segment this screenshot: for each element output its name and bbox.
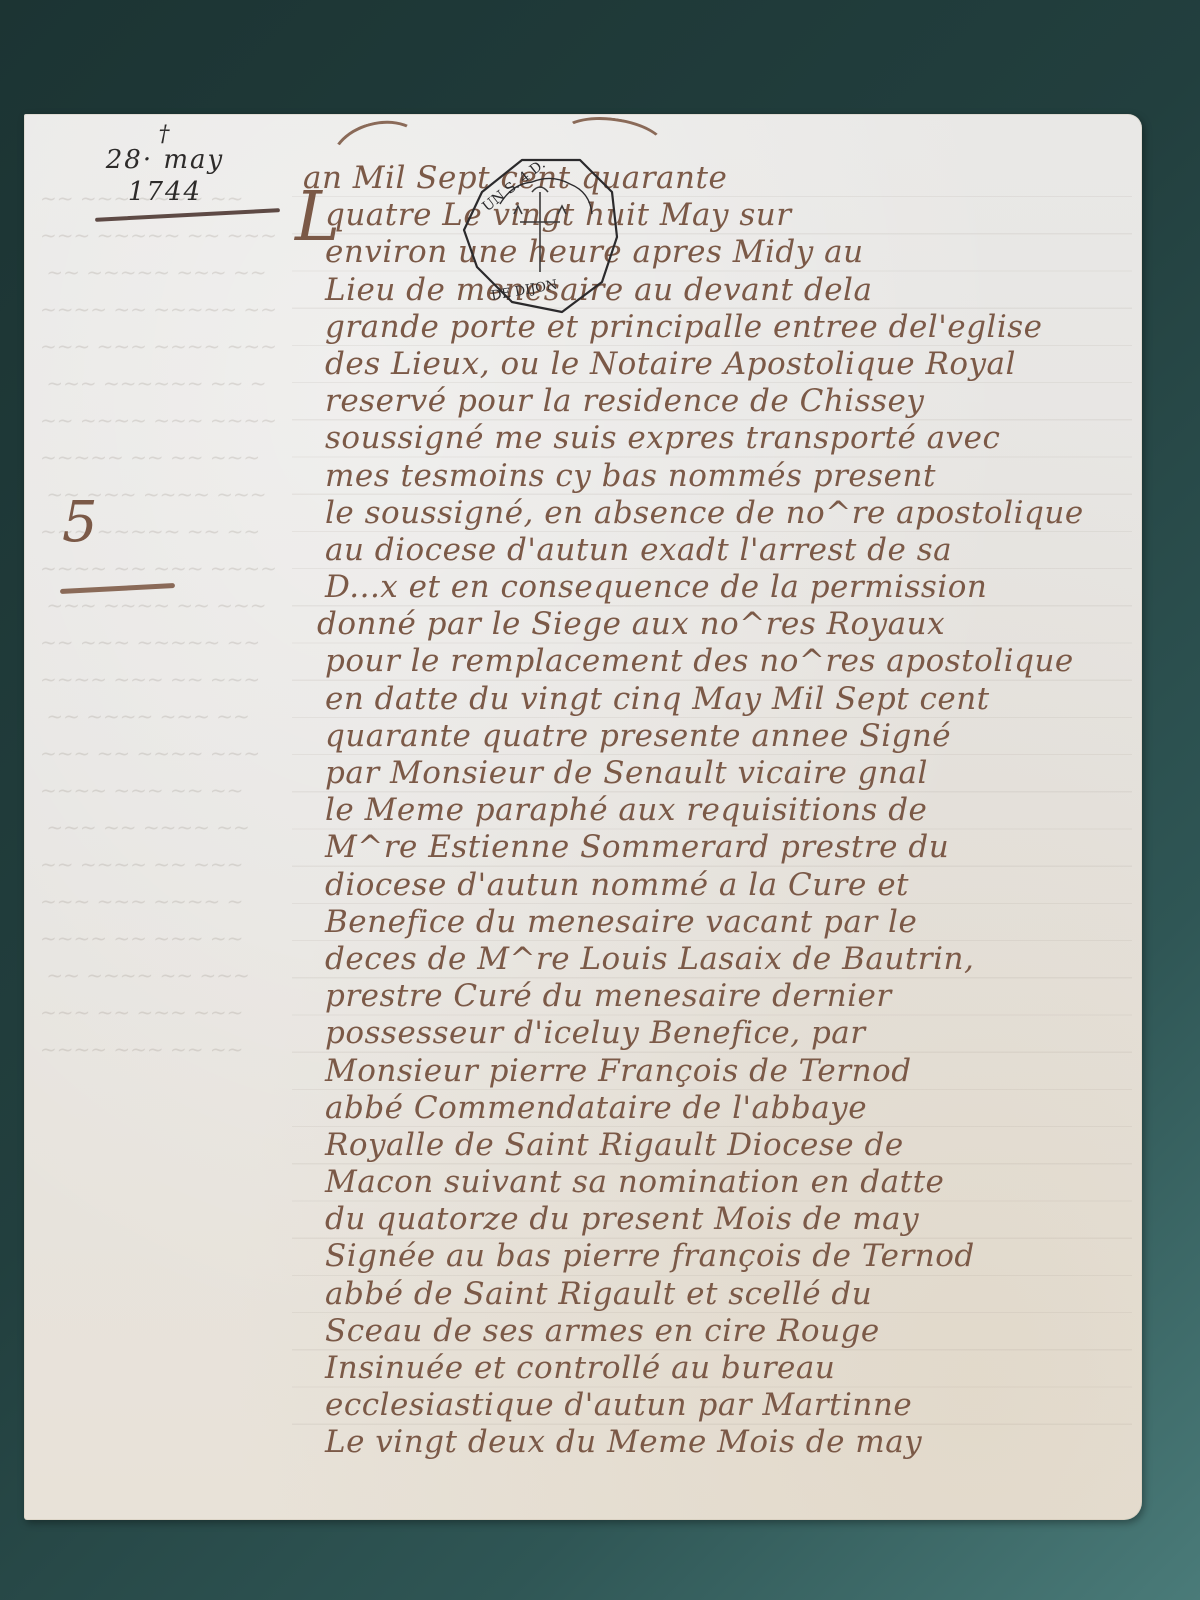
- text-line: Macon suivant sa nomination en datte: [325, 1164, 1135, 1201]
- stamp-text-bottom: DE DIJON: [490, 278, 558, 304]
- text-line: du quatorze du present Mois de may: [325, 1201, 1135, 1238]
- text-line: Monsieur pierre François de Ternod: [325, 1053, 1135, 1090]
- text-line: Insinuée et controllé au bureau: [325, 1350, 1135, 1387]
- text-line: quarante quatre presente annee Signé: [325, 718, 1135, 755]
- official-stamp-icon: UN S. 4 D. DE DIJON: [452, 152, 632, 322]
- text-line: M^re Estienne Sommerard prestre du: [325, 829, 1135, 866]
- text-line: D...x et en consequence de la permission: [325, 569, 1135, 606]
- text-line: possesseur d'iceluy Benefice, par: [325, 1015, 1135, 1052]
- text-line: grande porte et principalle entree del'e…: [325, 309, 1135, 346]
- text-line: au diocese d'autun exadt l'arrest de sa: [325, 532, 1135, 569]
- margin-date: † 28· may 1744: [90, 126, 240, 208]
- text-line: Lieu de menesaire au devant dela: [325, 272, 1135, 309]
- margin-date-year: 1744: [90, 176, 240, 208]
- text-line: abbé de Saint Rigault et scellé du: [325, 1276, 1135, 1313]
- text-line: diocese d'autun nommé a la Cure et: [325, 867, 1135, 904]
- text-line: ecclesiastique d'autun par Martinne: [325, 1387, 1135, 1424]
- text-line: reservé pour la residence de Chissey: [325, 383, 1135, 420]
- folio-number: 5: [62, 490, 98, 555]
- text-line: abbé Commendataire de l'abbaye: [325, 1090, 1135, 1127]
- text-line: en datte du vingt cinq May Mil Sept cent: [325, 681, 1135, 718]
- text-line: le Meme paraphé aux requisitions de: [325, 792, 1135, 829]
- text-line: soussigné me suis expres transporté avec: [325, 420, 1135, 457]
- text-line: an Mil Sept cent quarante: [303, 160, 1135, 197]
- text-line: le soussigné, en absence de no^re aposto…: [325, 495, 1135, 532]
- margin-date-day: 28· may: [90, 144, 240, 176]
- text-line: Royalle de Saint Rigault Diocese de: [325, 1127, 1135, 1164]
- text-line: mes tesmoins cy bas nommés present: [325, 458, 1135, 495]
- text-line: quatre Le vingt huit May sur: [325, 197, 1135, 234]
- cross-mark: †: [90, 126, 240, 144]
- text-line: prestre Curé du menesaire dernier: [325, 978, 1135, 1015]
- manuscript-body: an Mil Sept cent quarante quatre Le ving…: [325, 160, 1135, 1462]
- text-line: Le vingt deux du Meme Mois de may: [325, 1424, 1135, 1461]
- bleed-through-text: ~~ ~~~ ~~~~ ~~ ~~~ ~~~~~ ~~ ~~~ ~~ ~~~~~…: [40, 180, 300, 1180]
- text-line: pour le remplacement des no^res apostoli…: [325, 643, 1135, 680]
- text-line: Sceau de ses armes en cire Rouge: [325, 1313, 1135, 1350]
- text-line: environ une heure apres Midy au: [325, 234, 1135, 271]
- text-line: deces de M^re Louis Lasaix de Bautrin,: [325, 941, 1135, 978]
- text-line: Signée au bas pierre françois de Ternod: [325, 1238, 1135, 1275]
- text-line: des Lieux, ou le Notaire Apostolique Roy…: [325, 346, 1135, 383]
- text-line: par Monsieur de Senault vicaire gnal: [325, 755, 1135, 792]
- text-line: donné par le Siege aux no^res Royaux: [317, 606, 1135, 643]
- text-line: Benefice du menesaire vacant par le: [325, 904, 1135, 941]
